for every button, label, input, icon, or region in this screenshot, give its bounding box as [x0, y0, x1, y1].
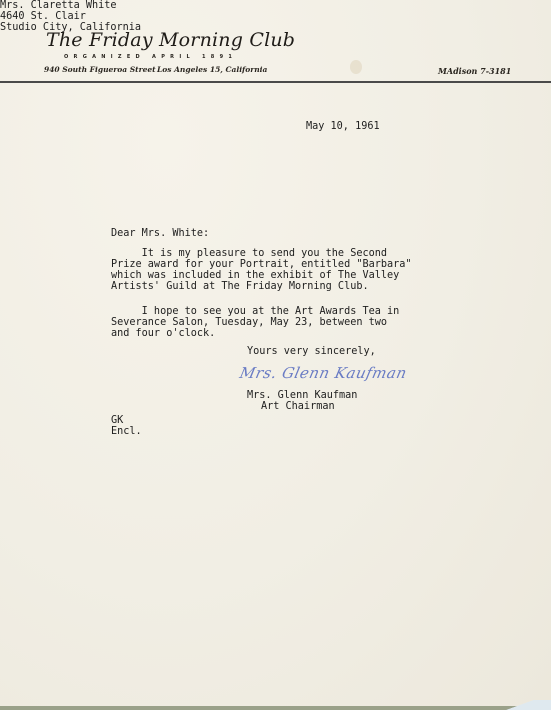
letterhead-organized: ORGANIZED APRIL 1891 [64, 54, 237, 60]
signer-title: Art Chairman [261, 401, 335, 412]
letterhead-organization: The Friday Morning Club [46, 29, 295, 51]
recipient-name: Mrs. Claretta White [0, 0, 551, 11]
salutation: Dear Mrs. White: [111, 228, 209, 239]
letterhead-city: Los Angeles 15, California [157, 65, 267, 74]
closing: Yours very sincerely, [247, 346, 376, 357]
letterhead-phone: MAdison 7-3181 [438, 66, 511, 76]
folded-corner [503, 700, 551, 710]
body-paragraph-1: It is my pleasure to send you the Second… [111, 248, 412, 292]
signer-name: Mrs. Glenn Kaufman [247, 390, 357, 401]
letter-date: May 10, 1961 [306, 121, 380, 132]
recipient-street: 4640 St. Clair [0, 11, 551, 22]
paper-stain [350, 60, 362, 74]
scan-bottom-edge [0, 706, 551, 710]
handwritten-signature: Mrs. Glenn Kaufman [238, 364, 409, 382]
body-paragraph-2: I hope to see you at the Art Awards Tea … [111, 306, 399, 339]
letterhead-divider [0, 81, 551, 83]
letterhead-street: 940 South Figueroa Street [44, 65, 156, 74]
reference-initials: GK Encl. [111, 415, 142, 437]
letter-paper: The Friday Morning Club ORGANIZED APRIL … [0, 0, 551, 706]
